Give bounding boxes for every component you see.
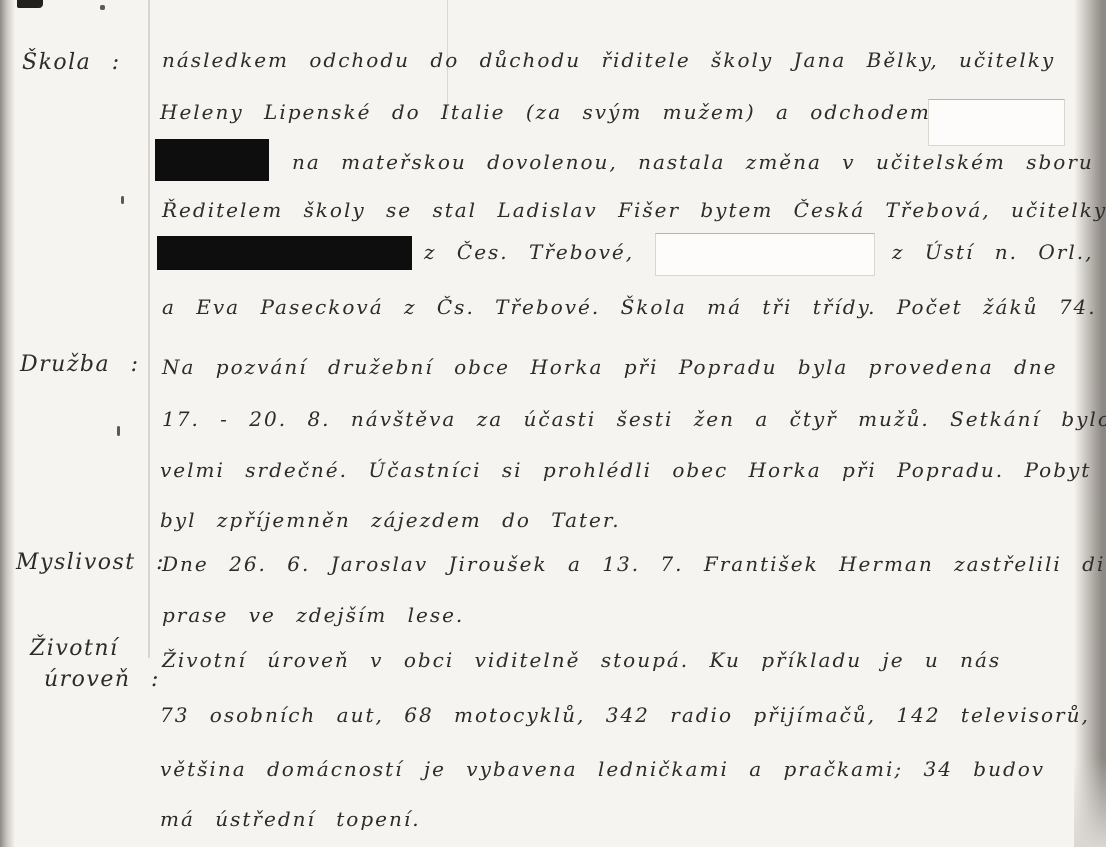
scanned-page: Škola : Družba : Myslivost : Životní úro… (0, 0, 1106, 847)
handwritten-line: Životní úroveň v obci viditelně stoupá. … (162, 648, 1001, 672)
handwritten-line: následkem odchodu do důchodu řiditele šk… (162, 48, 1055, 72)
handwritten-line: na mateřskou dovolenou, nastala změna v … (292, 150, 1094, 174)
handwritten-line: Ředitelem školy se stal Ladislav Fišer b… (162, 198, 1106, 222)
binder-corner-mark (17, 0, 43, 8)
ink-speck (117, 426, 120, 436)
redaction-box-black (155, 139, 269, 181)
handwritten-line: Na pozvání družební obce Horka při Popra… (162, 355, 1058, 379)
handwritten-line: 73 osobních aut, 68 motocyklů, 342 radio… (160, 703, 1090, 727)
handwritten-line: má ústřední topení. (160, 807, 421, 831)
section-label-skola: Škola : (22, 50, 121, 75)
handwritten-line: z Ústí n. Orl., (892, 240, 1093, 264)
section-label-zivotni-1: Životní (30, 636, 119, 661)
section-label-zivotni-2: úroveň : (44, 667, 160, 692)
ink-speck (100, 5, 105, 10)
redaction-box-white (928, 99, 1065, 146)
handwritten-line: Dne 26. 6. Jaroslav Jiroušek a 13. 7. Fr… (162, 552, 1106, 576)
handwritten-line: Heleny Lipenské do Italie (za svým mužem… (160, 100, 1047, 124)
handwritten-line: byl zpříjemněn zájezdem do Tater. (160, 508, 621, 532)
section-label-myslivost: Myslivost : (16, 550, 165, 575)
scan-edge-right-fade (1074, 757, 1106, 847)
handwritten-line: většina domácností je vybavena ledničkam… (160, 757, 1045, 781)
redaction-box-white (655, 233, 875, 276)
handwritten-line: prase ve zdejším lese. (162, 603, 464, 627)
handwritten-line: velmi srdečné. Účastníci si prohlédli ob… (160, 458, 1091, 482)
ink-speck (121, 196, 124, 204)
scan-edge-left (0, 0, 15, 847)
redaction-box-black (157, 236, 412, 270)
handwritten-line: 17. - 20. 8. návštěva za účasti šesti že… (162, 407, 1106, 431)
handwritten-line: z Čes. Třebové, (424, 240, 634, 264)
handwritten-line: a Eva Pasecková z Čs. Třebové. Škola má … (162, 295, 1097, 319)
section-label-druzba: Družba : (20, 352, 140, 377)
